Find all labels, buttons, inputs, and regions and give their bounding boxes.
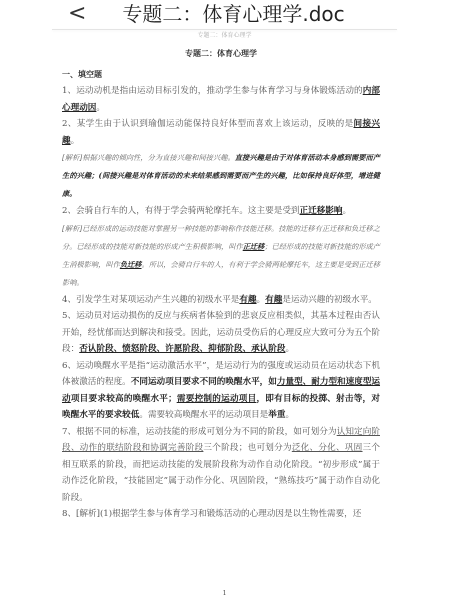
- question-7: 7、根据不同的标准，运动技能的形成可划分为不同的阶段，如可划分为认知定向阶段、动…: [62, 424, 380, 507]
- analysis-2a: [解析]根据兴趣的倾向性，分为直接兴趣和间接兴趣。直接兴趣是由于对体育活动本身感…: [62, 149, 380, 203]
- section-heading: 一、填空题: [62, 67, 380, 84]
- analysis-2b: [解析]已经形成的运动技能对掌握另一种技能的影响称作技能迁移。技能的迁移有正迁移…: [62, 220, 380, 292]
- running-header: 专题二：体育心理学: [0, 30, 449, 39]
- top-bar: < 专题二：体育心理学.doc: [0, 0, 449, 28]
- question-2b: 2、会骑自行车的人，有得于学会骑两轮摩托车。这主要是受到正迁移影响。: [62, 203, 380, 220]
- question-6: 6、运动唤醒水平是指“运动激活水平”，是运动行为的强度或运动员在运动状态下机体被…: [62, 358, 380, 424]
- page-number: 1: [0, 590, 449, 597]
- question-4: 4、引发学生对某项运动产生兴趣的初级水平是有趣。有趣是运动兴趣的初级水平。: [62, 292, 380, 309]
- question-8: 8、[解析](1)根据学生参与体育学习和锻炼活动的心理动因是以生物性需要，还: [62, 506, 380, 523]
- question-1: 1、运动动机是指由运动目标引发的，推动学生参与体育学习与身体锻炼活动的内部心理动…: [62, 83, 380, 116]
- document-page: 专题二：体育心理学 一、填空题 1、运动动机是指由运动目标引发的，推动学生参与体…: [62, 46, 380, 523]
- question-2a: 2、某学生由于认识到瑜伽运动能保持良好体型而喜欢上该运动，反映的是间接兴趣。: [62, 116, 380, 149]
- answer: 正迁移影响: [300, 206, 343, 216]
- document-title: 专题二：体育心理学.doc: [0, 1, 449, 27]
- doc-heading: 专题二：体育心理学: [62, 46, 380, 63]
- question-5: 5、运动员对运动损伤的反应与疾病者体验到的悲哀反应相类似，其基本过程由否认开始，…: [62, 308, 380, 358]
